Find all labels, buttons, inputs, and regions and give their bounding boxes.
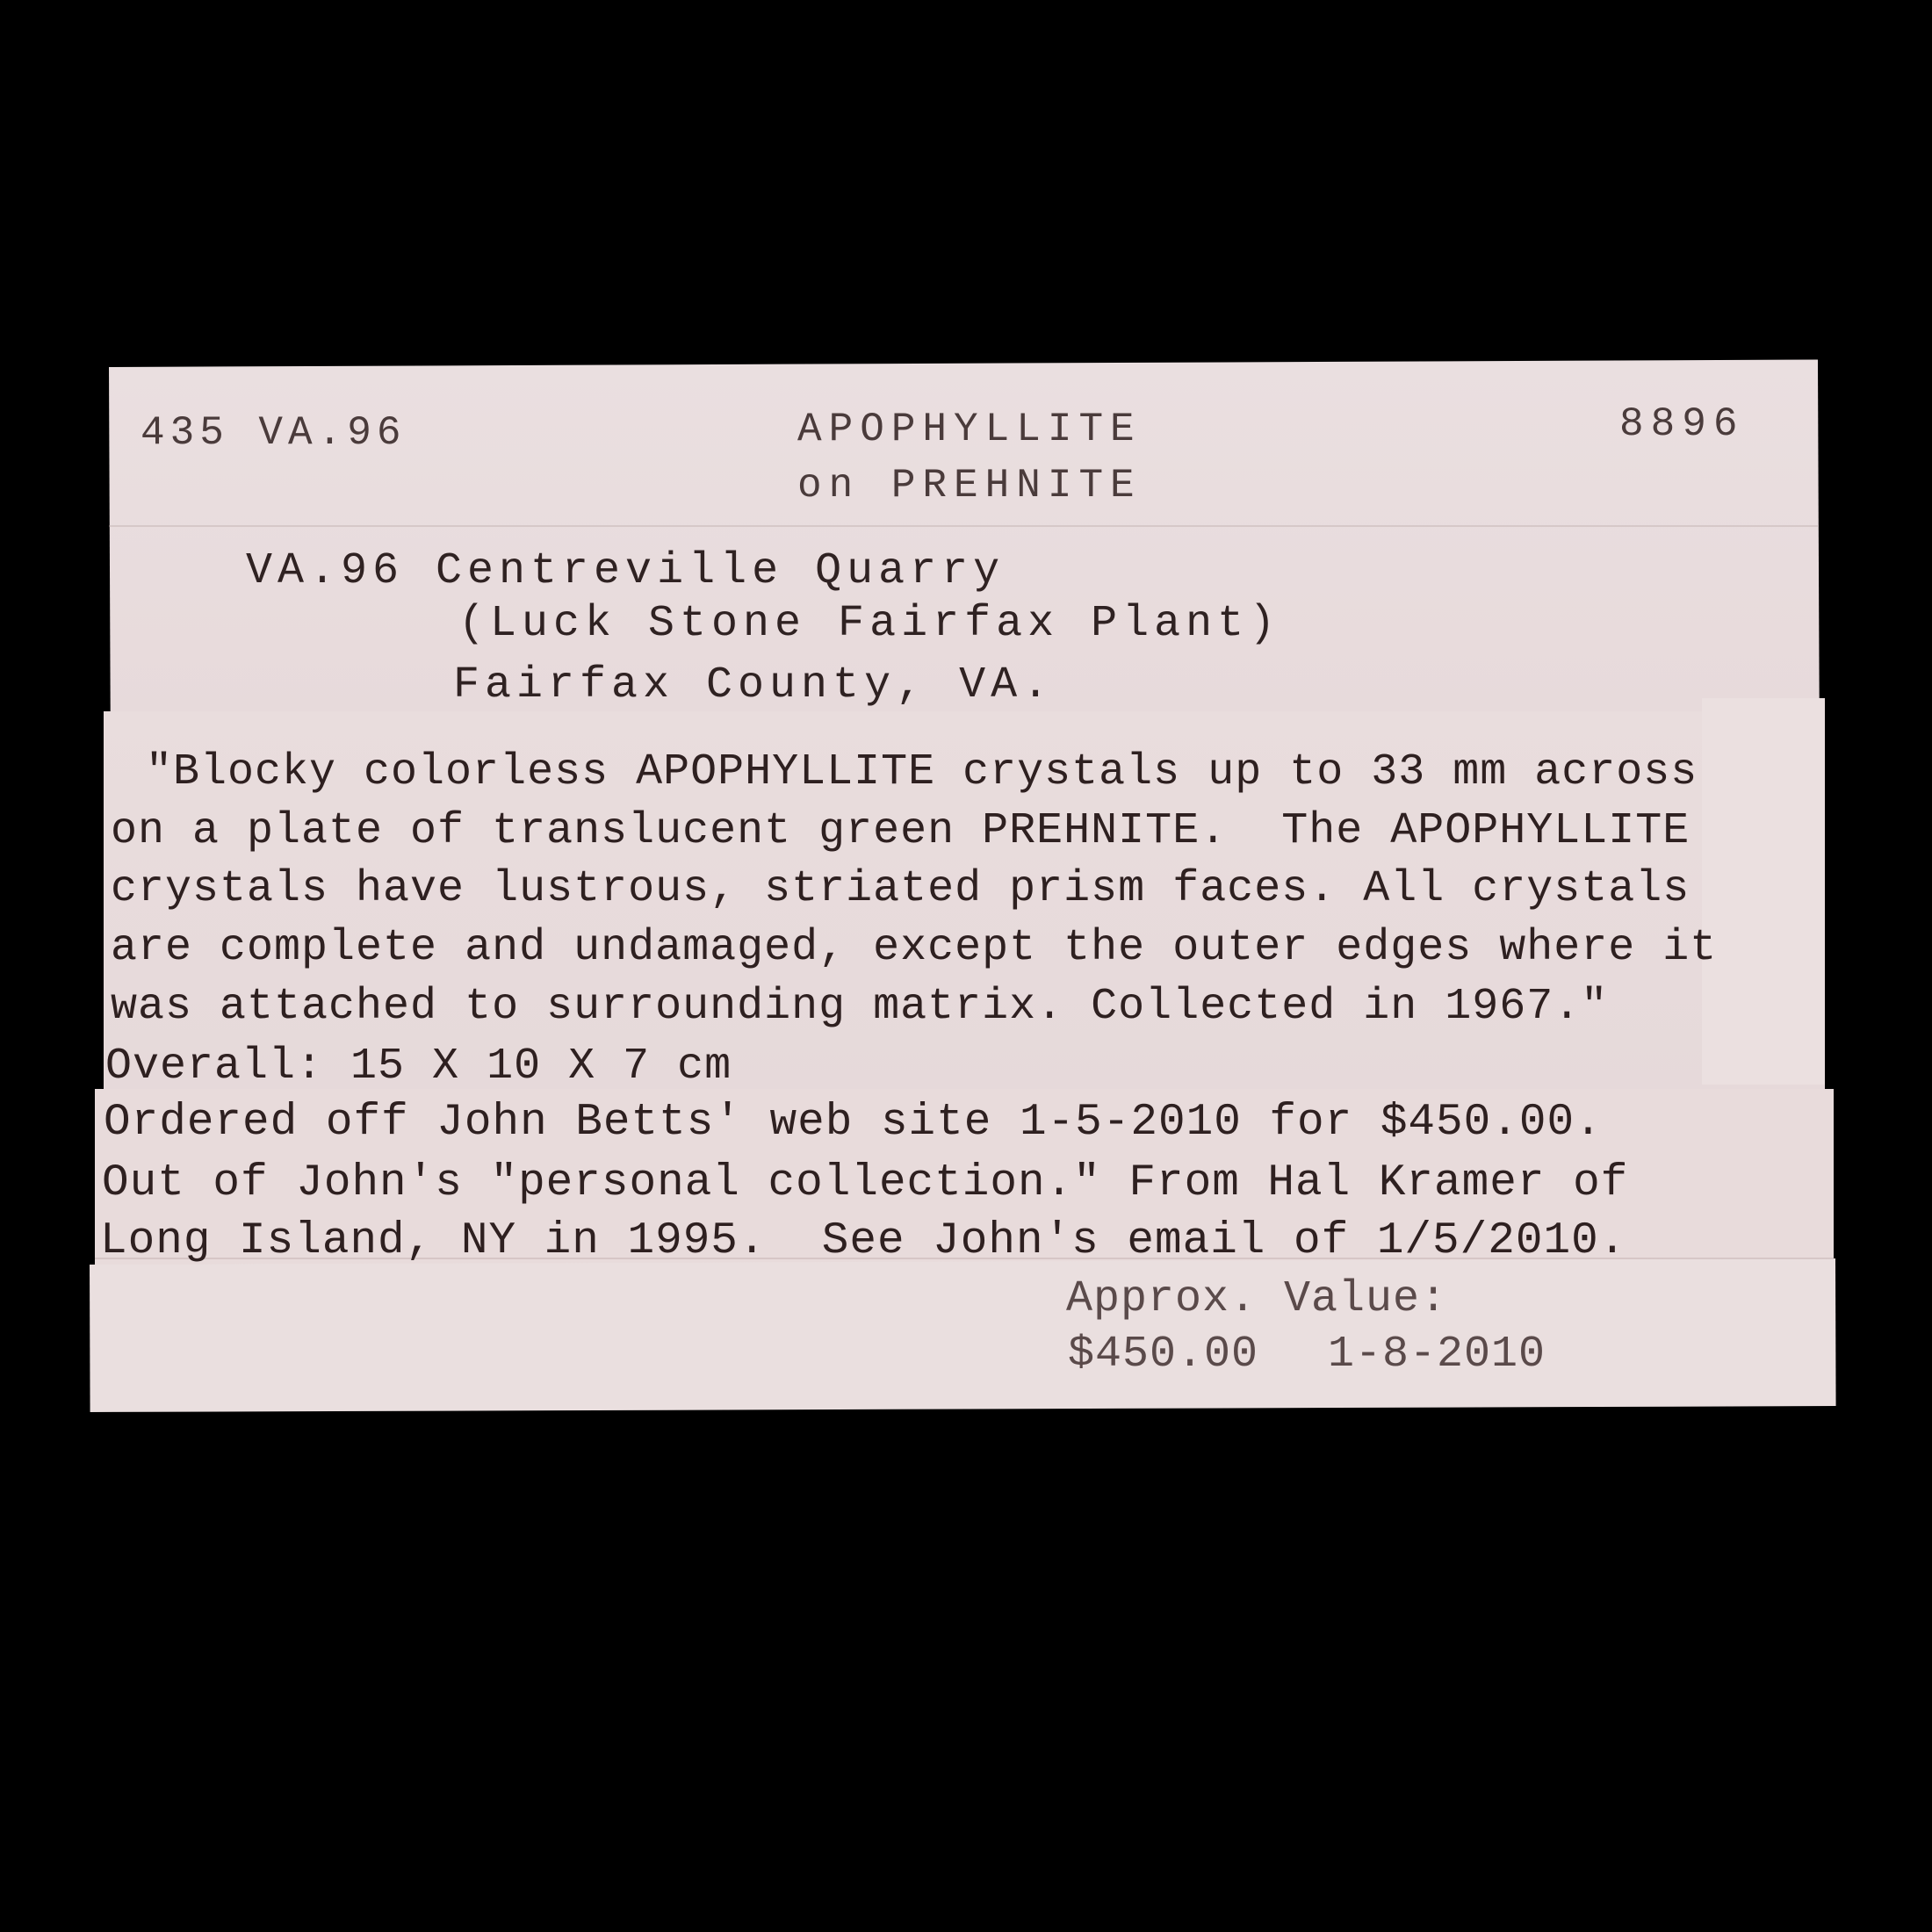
provenance-line: Long Island, NY in 1995. See John's emai… xyxy=(100,1219,1626,1264)
label-strip-patch xyxy=(1702,698,1825,1085)
description-line: on a plate of translucent green PREHNITE… xyxy=(111,810,1690,854)
paper-crease xyxy=(109,525,1818,527)
locality-operator: (Luck Stone Fairfax Plant) xyxy=(458,602,1280,646)
valuation-amount: $450.00 xyxy=(1068,1333,1258,1377)
provenance-line: Out of John's "personal collection." Fro… xyxy=(102,1161,1628,1206)
description-line: crystals have lustrous, striated prism f… xyxy=(111,868,1690,912)
specimen-number: 8896 xyxy=(1619,404,1744,444)
valuation-label: Approx. Value: xyxy=(1066,1278,1447,1322)
specimen-dimensions: Overall: 15 X 10 X 7 cm xyxy=(105,1045,732,1089)
locality-site: VA.96 Centreville Quarry xyxy=(246,550,1005,594)
locality-county-state: Fairfax County, VA. xyxy=(453,664,1054,708)
provenance-line: Ordered off John Betts' web site 1-5-201… xyxy=(104,1100,1603,1145)
description-line: are complete and undamaged, except the o… xyxy=(111,926,1717,970)
mineral-matrix: on PREHNITE xyxy=(797,465,1142,506)
description-line: "Blocky colorless APOPHYLLITE crystals u… xyxy=(146,751,1698,795)
catalog-ref: 435 VA.96 xyxy=(141,413,406,453)
mineral-primary: APOPHYLLITE xyxy=(797,409,1142,450)
label-strip-value xyxy=(90,1258,1836,1412)
description-line: was attached to surrounding matrix. Coll… xyxy=(111,985,1608,1029)
valuation-date: 1-8-2010 xyxy=(1328,1333,1546,1377)
